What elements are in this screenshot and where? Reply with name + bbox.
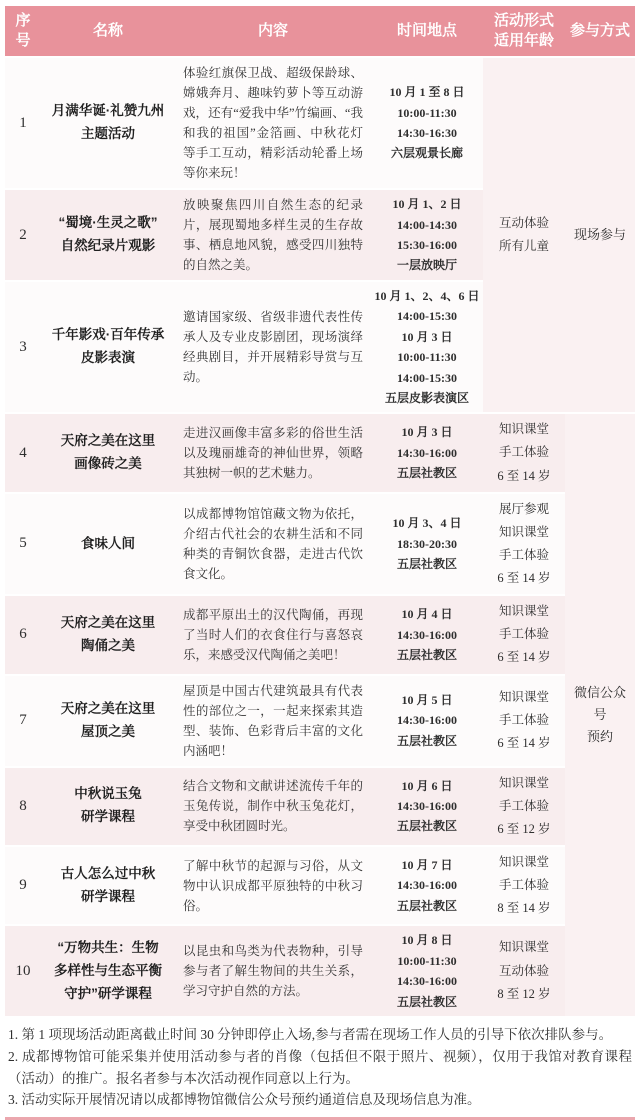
activity-time-location: 10 月 1、2 日 14:00-14:30 15:30-16:00 一层放映厅 [371, 190, 483, 280]
activity-schedule-page: 序 号 名称 内容 时间地点 活动形式 适用年龄 参与方式 1 月满华诞·礼赞九… [0, 0, 640, 1120]
activity-format-age: 知识课堂 手工体验 6 至 14 岁 [483, 596, 565, 673]
activity-name: 古人怎么过中秋 研学课程 [41, 847, 175, 924]
activity-name: “蜀境·生灵之歌” 自然纪录片观影 [41, 190, 175, 280]
activity-time-location: 10 月 6 日 14:30-16:00 五层社教区 [371, 768, 483, 845]
activity-name: 天府之美在这里 画像砖之美 [41, 414, 175, 491]
activity-description: 放映聚焦四川自然生态的纪录片，展现蜀地多样生灵的生存故事、栖息地风貌，感受四川独… [175, 190, 371, 280]
table-row-9: 9 古人怎么过中秋 研学课程 了解中秋节的起源与习俗，从文物中认识成都平原独特的… [5, 847, 635, 924]
activity-time-location: 10 月 7 日 14:30-16:00 五层社教区 [371, 847, 483, 924]
participation-method-rows-4-10: 微信公众号 预约 [565, 414, 635, 1016]
activity-format-age: 知识课堂 手工体验 8 至 14 岁 [483, 847, 565, 924]
footnote-2: 2. 成都博物馆可能采集并使用活动参与者的肖像（包括但不限于照片、视频），仅用于… [8, 1046, 632, 1090]
activity-description: 邀请国家级、省级非遗代表性传承人及专业皮影剧团，现场演绎经典剧目，并开展精彩导赏… [175, 282, 371, 412]
col-header-name: 名称 [41, 6, 175, 56]
col-header-number: 序 号 [5, 6, 41, 56]
activity-description: 以成都博物馆馆藏文物为依托，介绍古代社会的农耕生活和不同种类的青铜饮食器，走进古… [175, 494, 371, 595]
activity-time-location: 10 月 3 日 14:30-16:00 五层社教区 [371, 414, 483, 491]
participation-method-rows-1-3: 现场参与 [565, 58, 635, 412]
activity-description: 体验红旗保卫战、超级保龄球、嫦娥奔月、趣味钓萝卜等互动游戏，还有“爱我中华”竹编… [175, 58, 371, 188]
activity-time-location: 10 月 5 日 14:30-16:00 五层社教区 [371, 676, 483, 766]
table-row-6: 6 天府之美在这里 陶俑之美 成都平原出土的汉代陶俑，再现了当时人们的衣食住行与… [5, 596, 635, 673]
row-number: 2 [5, 190, 41, 280]
activity-name: 天府之美在这里 陶俑之美 [41, 596, 175, 673]
activity-time-location: 10 月 3、4 日 18:30-20:30 五层社教区 [371, 494, 483, 595]
activity-name: 中秋说玉兔 研学课程 [41, 768, 175, 845]
table-row-5: 5 食味人间 以成都博物馆馆藏文物为依托，介绍古代社会的农耕生活和不同种类的青铜… [5, 494, 635, 595]
activity-description: 以昆虫和鸟类为代表物种，引导参与者了解生物间的共生关系，学习守护自然的方法。 [175, 926, 371, 1016]
activity-format-age-rows-1-3: 互动体验 所有儿童 [483, 58, 565, 412]
footnote-1: 1. 第 1 项现场活动距离截止时间 30 分钟即停止入场,参与者需在现场工作人… [8, 1024, 632, 1046]
footnotes-section: 1. 第 1 项现场活动距离截止时间 30 分钟即停止入场,参与者需在现场工作人… [5, 1018, 635, 1115]
footnote-3: 3. 活动实际开展情况请以成都博物馆微信公众号预约通道信息及现场信息为准。 [8, 1089, 632, 1111]
col-header-participation: 参与方式 [565, 6, 635, 56]
activity-name: “万物共生：生物 多样性与生态平衡 守护”研学课程 [41, 926, 175, 1016]
activity-description: 屋顶是中国古代建筑最具有代表性的部位之一，一起来探索其造型、装饰、色彩背后丰富的… [175, 676, 371, 766]
row-number: 8 [5, 768, 41, 845]
activity-format-age: 展厅参观 知识课堂 手工体验 6 至 14 岁 [483, 494, 565, 595]
activity-format-age: 知识课堂 手工体验 6 至 12 岁 [483, 768, 565, 845]
activity-name: 千年影戏·百年传承 皮影表演 [41, 282, 175, 412]
table-header: 序 号 名称 内容 时间地点 活动形式 适用年龄 参与方式 [5, 6, 635, 56]
row-number: 4 [5, 414, 41, 491]
activity-time-location: 10 月 4 日 14:30-16:00 五层社教区 [371, 596, 483, 673]
row-number: 5 [5, 494, 41, 595]
activity-description: 成都平原出土的汉代陶俑，再现了当时人们的衣食住行与喜怒哀乐，来感受汉代陶俑之美吧… [175, 596, 371, 673]
col-header-format-age: 活动形式 适用年龄 [483, 6, 565, 56]
activity-description: 走进汉画像丰富多彩的俗世生活以及瑰丽雄奇的神仙世界，领略其独树一帜的艺术魅力。 [175, 414, 371, 491]
row-number: 9 [5, 847, 41, 924]
table-row-1: 1 月满华诞·礼赞九州 主题活动 体验红旗保卫战、超级保龄球、嫦娥奔月、趣味钓萝… [5, 58, 635, 188]
activity-name: 月满华诞·礼赞九州 主题活动 [41, 58, 175, 188]
activity-schedule-table: 序 号 名称 内容 时间地点 活动形式 适用年龄 参与方式 1 月满华诞·礼赞九… [5, 4, 635, 1018]
activity-description: 了解中秋节的起源与习俗，从文物中认识成都平原独特的中秋习俗。 [175, 847, 371, 924]
activity-time-location: 10 月 8 日 10:00-11:30 14:30-16:00 五层社教区 [371, 926, 483, 1016]
row-number: 1 [5, 58, 41, 188]
activity-name: 天府之美在这里 屋顶之美 [41, 676, 175, 766]
table-row-7: 7 天府之美在这里 屋顶之美 屋顶是中国古代建筑最具有代表性的部位之一，一起来探… [5, 676, 635, 766]
row-number: 6 [5, 596, 41, 673]
table-row-10: 10 “万物共生：生物 多样性与生态平衡 守护”研学课程 以昆虫和鸟类为代表物种… [5, 926, 635, 1016]
col-header-content: 内容 [175, 6, 371, 56]
activity-description: 结合文物和文献讲述流传千年的玉兔传说，制作中秋玉兔花灯，享受中秋团圆时光。 [175, 768, 371, 845]
table-row-8: 8 中秋说玉兔 研学课程 结合文物和文献讲述流传千年的玉兔传说，制作中秋玉兔花灯… [5, 768, 635, 845]
activity-format-age: 知识课堂 互动体验 8 至 12 岁 [483, 926, 565, 1016]
row-number: 7 [5, 676, 41, 766]
row-number: 3 [5, 282, 41, 412]
col-header-time-location: 时间地点 [371, 6, 483, 56]
activity-name: 食味人间 [41, 494, 175, 595]
row-number: 10 [5, 926, 41, 1016]
activity-format-age: 知识课堂 手工体验 6 至 14 岁 [483, 676, 565, 766]
table-row-4: 4 天府之美在这里 画像砖之美 走进汉画像丰富多彩的俗世生活以及瑰丽雄奇的神仙世… [5, 414, 635, 491]
activity-time-location: 10 月 1、2、4、6 日 14:00-15:30 10 月 3 日 10:0… [371, 282, 483, 412]
activity-time-location: 10 月 1 至 8 日 10:00-11:30 14:30-16:30 六层观… [371, 58, 483, 188]
activity-format-age: 知识课堂 手工体验 6 至 14 岁 [483, 414, 565, 491]
